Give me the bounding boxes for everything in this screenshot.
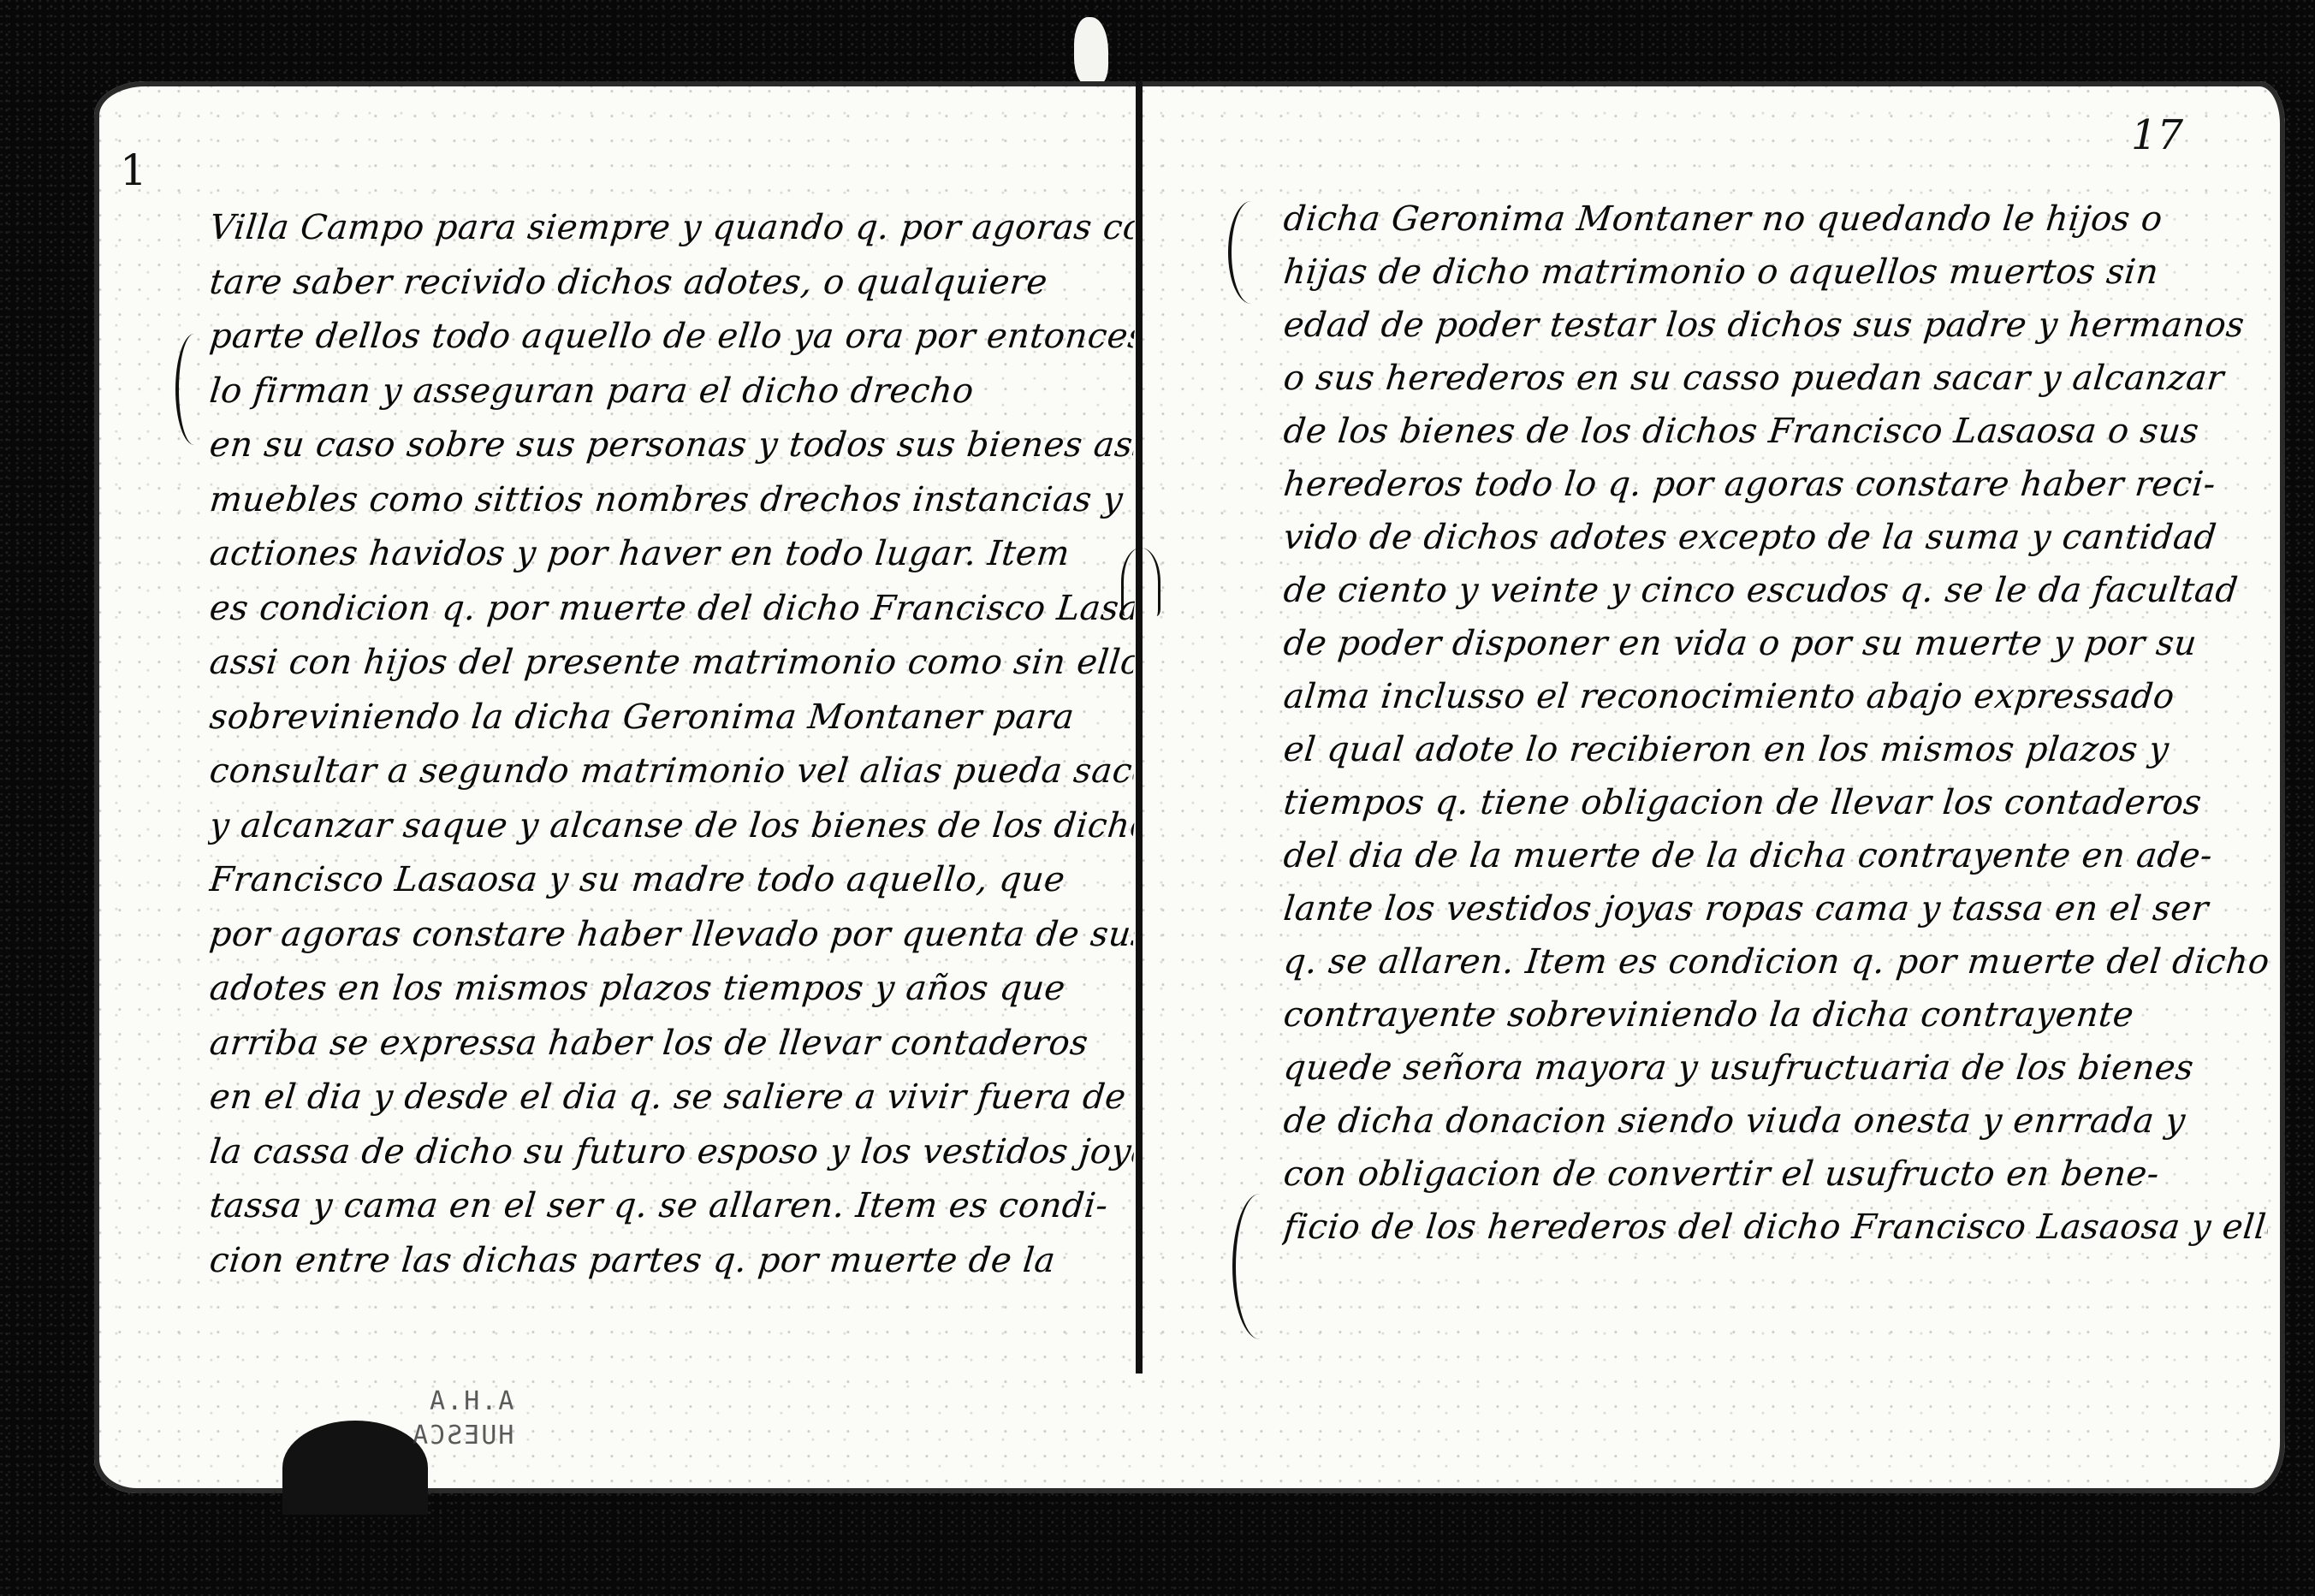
text-line: ficio de los herederos del dicho Francis… <box>1281 1201 2271 1254</box>
text-line: o sus herederos en su casso puedan sacar… <box>1281 352 2271 405</box>
margin-flourish <box>1228 201 1274 304</box>
text-line: por agoras constare haber llevado por qu… <box>207 908 1137 963</box>
text-line: tare saber recivido dichos adotes, o qua… <box>207 256 1137 311</box>
text-line: de los bienes de los dichos Francisco La… <box>1281 405 2271 458</box>
sheet-damage <box>282 1421 428 1515</box>
binding-tab <box>1074 17 1108 86</box>
text-line: cion entre las dichas partes q. por muer… <box>207 1234 1137 1289</box>
folio-number-left: 1 <box>120 145 147 195</box>
text-line: hijas de dicho matrimonio o aquellos mue… <box>1281 246 2271 299</box>
text-line: es condicion q. por muerte del dicho Fra… <box>207 582 1137 637</box>
text-line: edad de poder testar los dichos sus padr… <box>1281 299 2271 352</box>
left-page-text: Villa Campo para siempre y quando q. por… <box>210 201 1134 1288</box>
stamp-line: HUESCA <box>411 1419 513 1453</box>
text-line: del dia de la muerte de la dicha contray… <box>1281 829 2271 882</box>
text-line: parte dellos todo aquello de ello ya ora… <box>207 310 1137 365</box>
stamp-line: A.H.A <box>411 1385 513 1419</box>
margin-flourish <box>1232 1194 1287 1339</box>
text-line: de poder disponer en vida o por su muert… <box>1281 617 2271 670</box>
text-line: lo firman y asseguran para el dicho drec… <box>207 365 1137 419</box>
text-line: quede señora mayora y usufructuaria de l… <box>1281 1041 2271 1095</box>
text-line: vido de dichos adotes excepto de la suma… <box>1281 511 2271 564</box>
text-line: contrayente sobreviniendo la dicha contr… <box>1281 988 2271 1041</box>
text-line: muebles como sittios nombres drechos ins… <box>207 473 1137 528</box>
text-line: dicha Geronima Montaner no quedando le h… <box>1281 193 2271 246</box>
text-line: arriba se expressa haber los de llevar c… <box>207 1017 1137 1071</box>
right-page-text: dicha Geronima Montaner no quedando le h… <box>1284 193 2268 1254</box>
text-line: el qual adote lo recibieron en los mismo… <box>1281 723 2271 776</box>
text-line: en su caso sobre sus personas y todos su… <box>207 418 1137 473</box>
text-line: alma inclusso el reconocimiento abajo ex… <box>1281 670 2271 723</box>
text-line: Francisco Lasaosa y su madre todo aquell… <box>207 853 1137 908</box>
text-line: q. se allaren. Item es condicion q. por … <box>1281 935 2271 988</box>
text-line: lante los vestidos joyas ropas cama y ta… <box>1281 882 2271 935</box>
text-line: en el dia y desde el dia q. se saliere a… <box>207 1071 1137 1125</box>
archive-stamp: A.H.A HUESCA <box>411 1385 513 1453</box>
text-line: tassa y cama en el ser q. se allaren. It… <box>207 1179 1137 1234</box>
text-line: consultar a segundo matrimonio vel alias… <box>207 745 1137 799</box>
text-line: de ciento y veinte y cinco escudos q. se… <box>1281 564 2271 617</box>
text-line: sobreviniendo la dicha Geronima Montaner… <box>207 691 1137 745</box>
text-line: de dicha donacion siendo viuda onesta y … <box>1281 1095 2271 1148</box>
text-line: la cassa de dicho su futuro esposo y los… <box>207 1125 1137 1180</box>
text-line: herederos todo lo q. por agoras constare… <box>1281 458 2271 511</box>
text-line: tiempos q. tiene obligacion de llevar lo… <box>1281 776 2271 829</box>
text-line: actiones havidos y por haver en todo lug… <box>207 527 1137 582</box>
folio-number-right: 17 <box>2131 111 2183 159</box>
text-line: adotes en los mismos plazos tiempos y añ… <box>207 962 1137 1017</box>
text-line: y alcanzar saque y alcanse de los bienes… <box>207 799 1137 854</box>
text-line: assi con hijos del presente matrimonio c… <box>207 636 1137 691</box>
text-line: con obligacion de convertir el usufructo… <box>1281 1148 2271 1201</box>
text-line: Villa Campo para siempre y quando q. por… <box>207 201 1137 256</box>
